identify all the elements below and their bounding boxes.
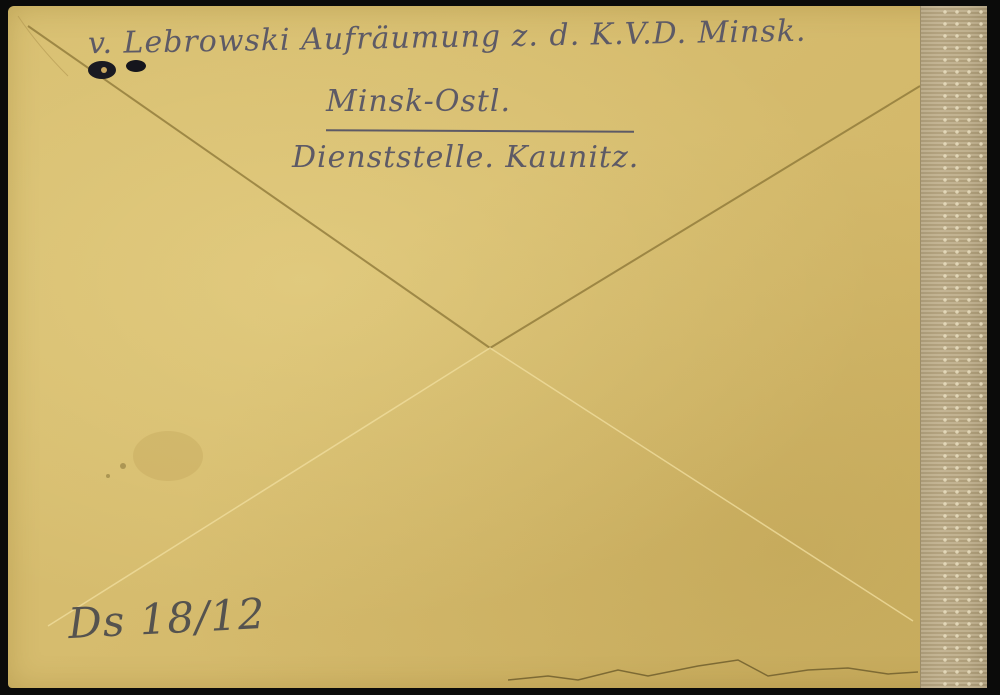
envelope-back: v. Lebrowski Aufräumung z. d. K.V.D. Min… [8, 6, 983, 688]
handwritten-bottom-note: Ds 18/12 [67, 589, 267, 648]
handwritten-office-line: Dienststelle. Kaunitz. [292, 140, 639, 175]
handwritten-city-line: Minsk-Ostl. [326, 84, 511, 119]
tape-texture [939, 6, 987, 688]
censor-tape-strip [920, 6, 987, 688]
torn-bottom-edge [508, 658, 918, 688]
